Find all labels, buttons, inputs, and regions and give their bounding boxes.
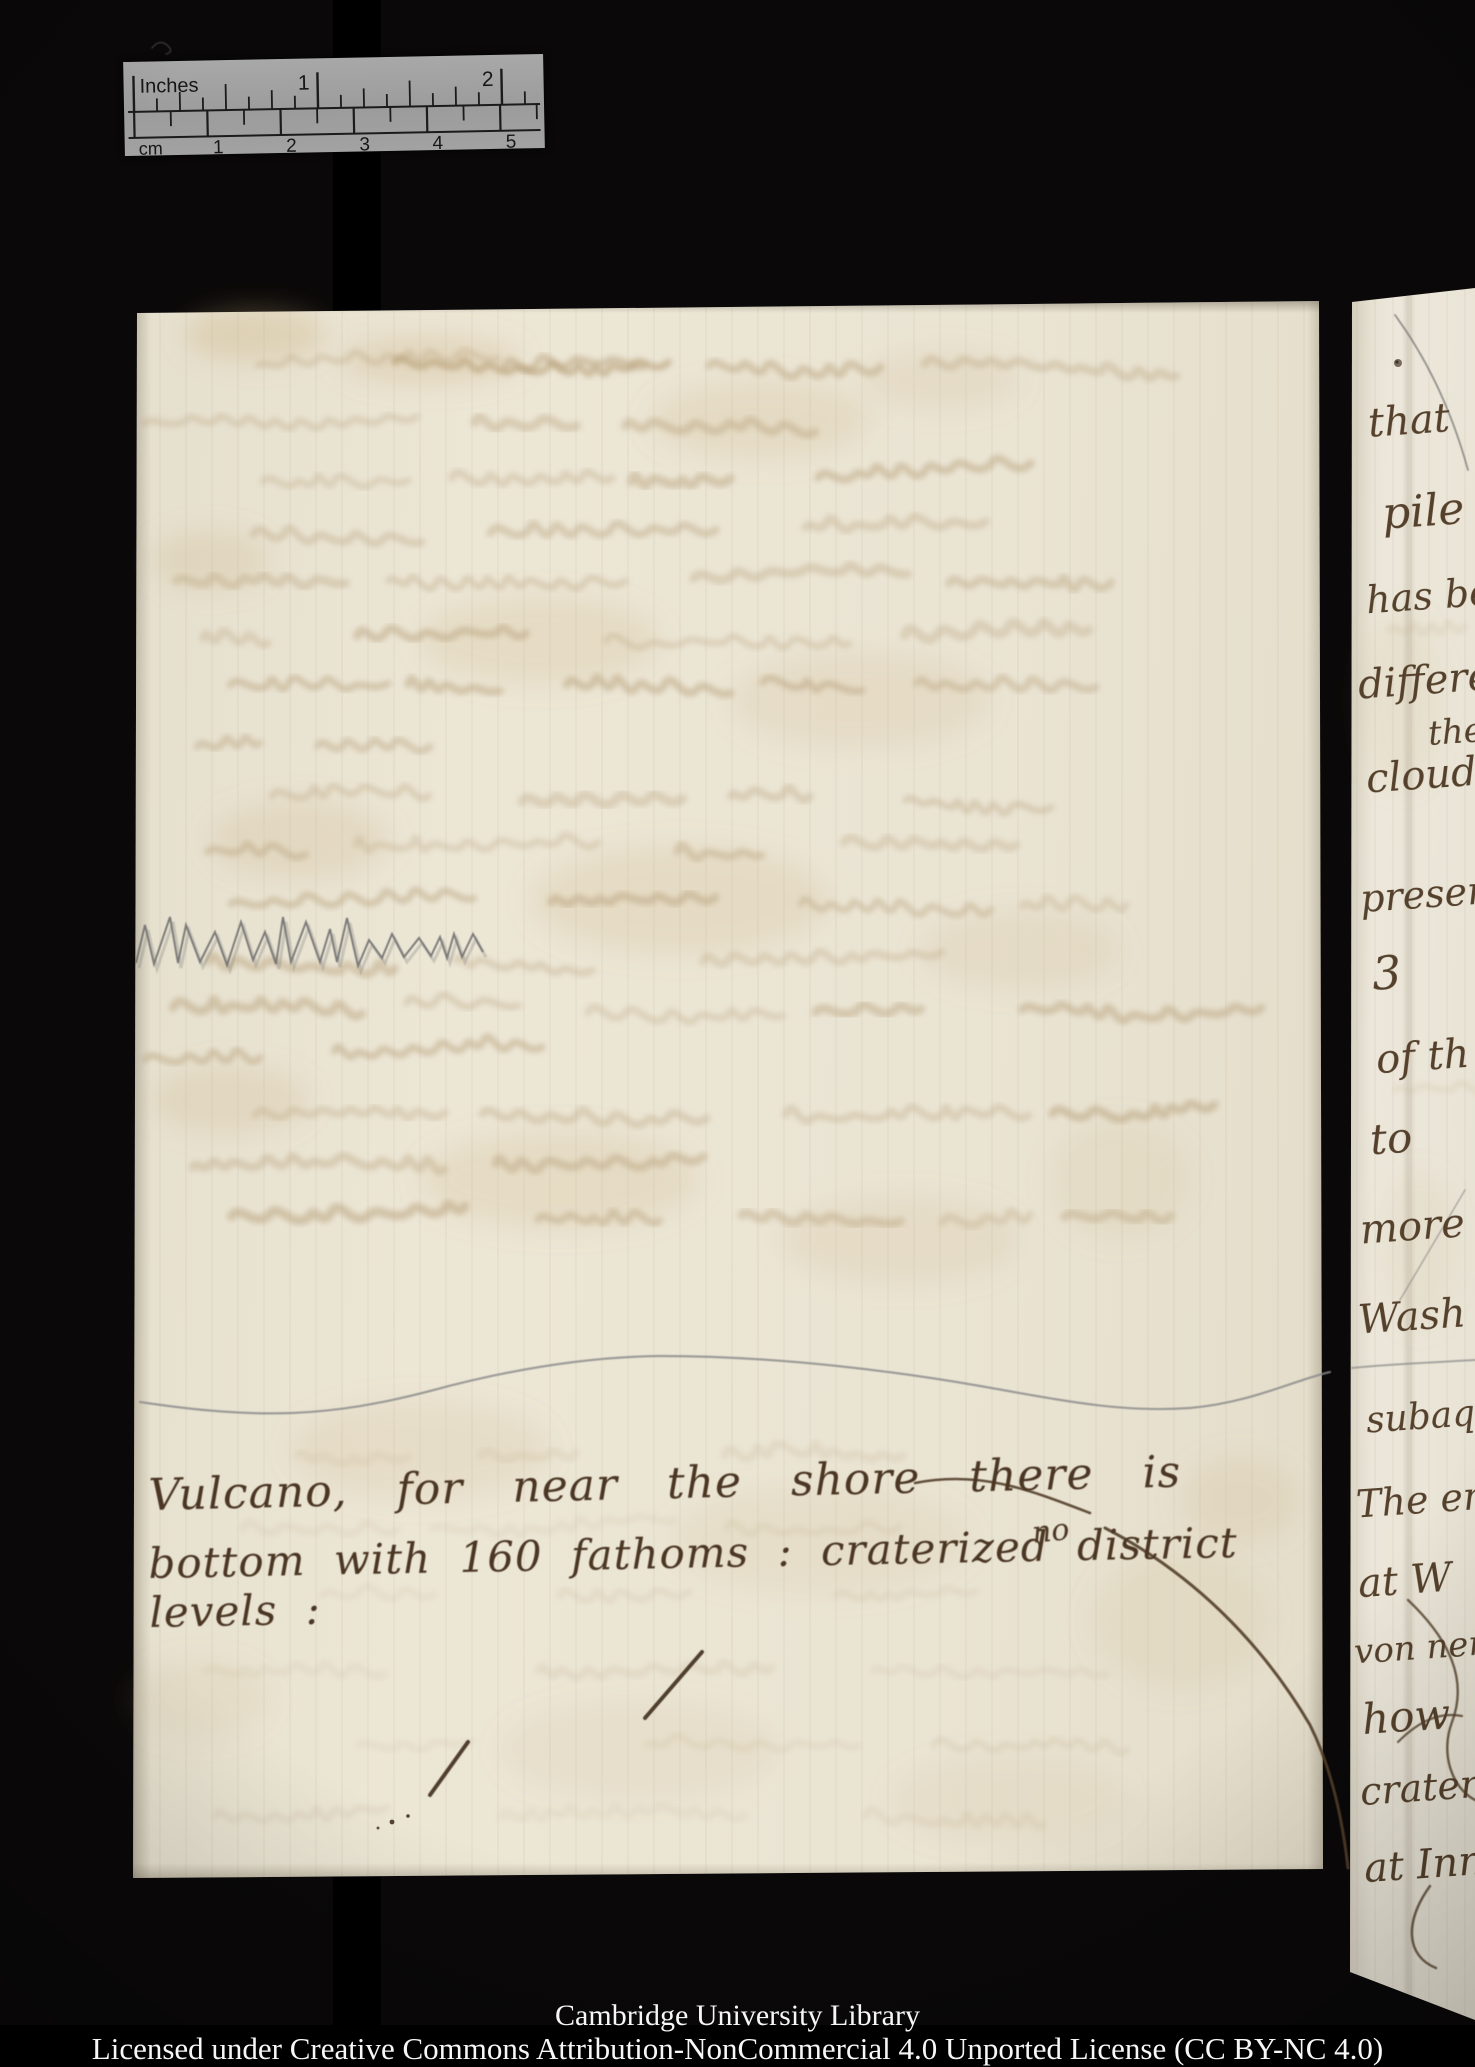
- ruler-inches-label: Inches: [139, 75, 198, 98]
- right-page-fragment: at Inn: [1363, 1838, 1475, 1892]
- right-page-fragment: 3: [1370, 945, 1403, 1001]
- right-page-fragment: crater: [1359, 1762, 1475, 1814]
- right-page-fragment: pile: [1380, 483, 1466, 540]
- ruler-cm-label: cm: [139, 138, 163, 156]
- right-page-fragment: present: [1359, 867, 1475, 921]
- ruler-markings: Inchescm1212345: [123, 54, 545, 156]
- right-page-fragment: has be: [1365, 570, 1475, 623]
- attribution-license: Licensed under Creative Commons Attribut…: [0, 2032, 1475, 2065]
- right-page-fragment: at W: [1357, 1555, 1454, 1607]
- ruler-inch-number: 2: [482, 68, 494, 91]
- sketch-overlay: [0, 0, 1475, 2067]
- ink-annotation-line2: bottom with 160 fathoms : craterized dis…: [148, 1516, 1370, 1637]
- right-page-fragment: von ner: [1353, 1623, 1475, 1672]
- ruler-cm-number: 1: [213, 137, 224, 156]
- right-page-fragment: clouds: [1365, 747, 1475, 802]
- right-page-fragment: The en: [1355, 1473, 1475, 1526]
- right-page-fragment: the: [1427, 710, 1475, 754]
- attribution-footer: Cambridge University Library Licensed un…: [0, 2000, 1475, 2065]
- right-page-fragment: Wash: [1357, 1290, 1468, 1343]
- right-page-fragment: more: [1359, 1200, 1467, 1253]
- right-page-fragment: that: [1366, 395, 1451, 447]
- right-page-fragment: differe: [1357, 653, 1475, 708]
- right-page-fragment: to: [1368, 1113, 1413, 1165]
- attribution-institution: Cambridge University Library: [0, 2000, 1475, 2032]
- ruler-inch-number: 1: [298, 71, 310, 94]
- ink-annotation: Vulcano, for near the shore there is no …: [148, 1470, 1368, 1637]
- right-page-fragment: how: [1360, 1689, 1451, 1744]
- scale-ruler: Inchescm1212345: [123, 54, 545, 156]
- right-page-fragment: subaqu: [1365, 1391, 1475, 1441]
- right-page-fragment: of th: [1375, 1031, 1471, 1083]
